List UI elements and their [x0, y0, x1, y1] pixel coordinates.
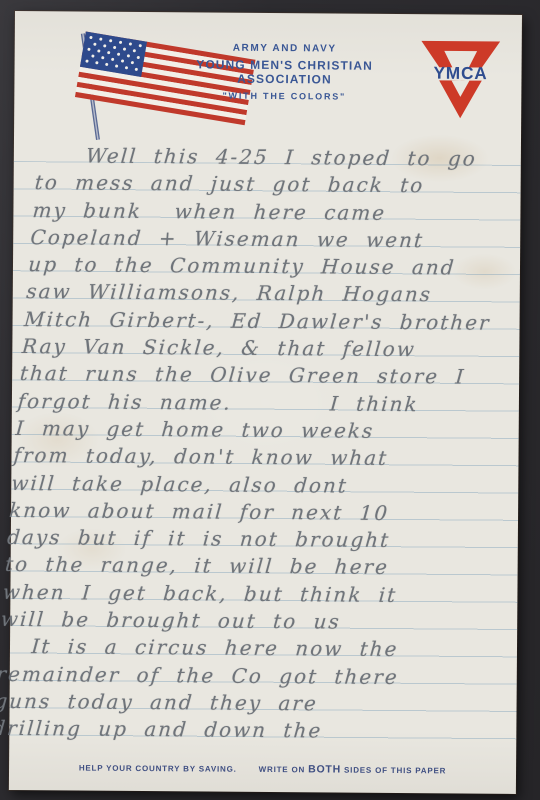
letter-line: up to the Community House and	[27, 251, 502, 282]
letter-line: when I get back, but think it	[2, 579, 477, 610]
letter-line: from today, don't know what	[12, 442, 487, 473]
letter-line: I may get home two weeks	[15, 415, 490, 446]
letter-line: days but if it is not brought	[6, 524, 481, 555]
footer-note: HELP YOUR COUNTRY BY SAVING.WRITE ON BOT…	[9, 761, 516, 777]
footer-saving-text: HELP YOUR COUNTRY BY SAVING.	[79, 764, 237, 774]
photo-background: ARMY AND NAVY YOUNG MEN'S CHRISTIAN ASSO…	[0, 0, 540, 800]
letterhead-line1: ARMY AND NAVY	[155, 42, 415, 55]
letter-line: saw Williamsons, Ralph Hogans	[25, 279, 500, 310]
letter-line: will take place, also dont	[10, 470, 485, 501]
letter-line: drilling up and down the	[0, 715, 466, 746]
footer-write-pre: WRITE ON	[259, 765, 308, 774]
letterhead-title: ARMY AND NAVY YOUNG MEN'S CHRISTIAN ASSO…	[154, 42, 414, 102]
letter-line: my bunk when here came	[32, 197, 507, 228]
letter-line: Mitch Girbert-, Ed Dawler's brother	[23, 306, 498, 337]
letter-paper: ARMY AND NAVY YOUNG MEN'S CHRISTIAN ASSO…	[9, 11, 522, 794]
letter-line: Ray Van Sickle, & that fellow	[21, 333, 496, 364]
letterhead-line3: "WITH THE COLORS"	[154, 90, 414, 102]
footer-write-post: SIDES OF THIS PAPER	[341, 766, 446, 776]
letter-line: to mess and just got back to	[34, 169, 509, 200]
letterhead-line2: YOUNG MEN'S CHRISTIAN ASSOCIATION	[154, 57, 414, 87]
letter-line: forgot his name. I think	[17, 388, 492, 419]
letter-line: know about mail for next 10	[8, 497, 483, 528]
footer-write-both: BOTH	[308, 763, 341, 775]
letter-line: It is a circus here now the	[0, 633, 473, 664]
letter-line: Copeland + Wiseman we went	[29, 224, 504, 255]
letter-line: will be brought out to us	[0, 606, 475, 637]
ymca-logo-icon: YMCA	[419, 36, 502, 125]
letter-line: that runs the Olive Green store I	[19, 360, 494, 391]
letter-line: to the range, it will be here	[4, 551, 479, 582]
letter-line: guns today and they are	[0, 688, 468, 719]
letter-line: remainder of the Co got there	[0, 661, 471, 692]
letter-line: Well this 4-25 I stoped to go	[36, 142, 511, 173]
ymca-logo-text: YMCA	[433, 63, 487, 83]
letter-body: Well this 4-25 I stoped to go to mess an…	[0, 142, 511, 746]
